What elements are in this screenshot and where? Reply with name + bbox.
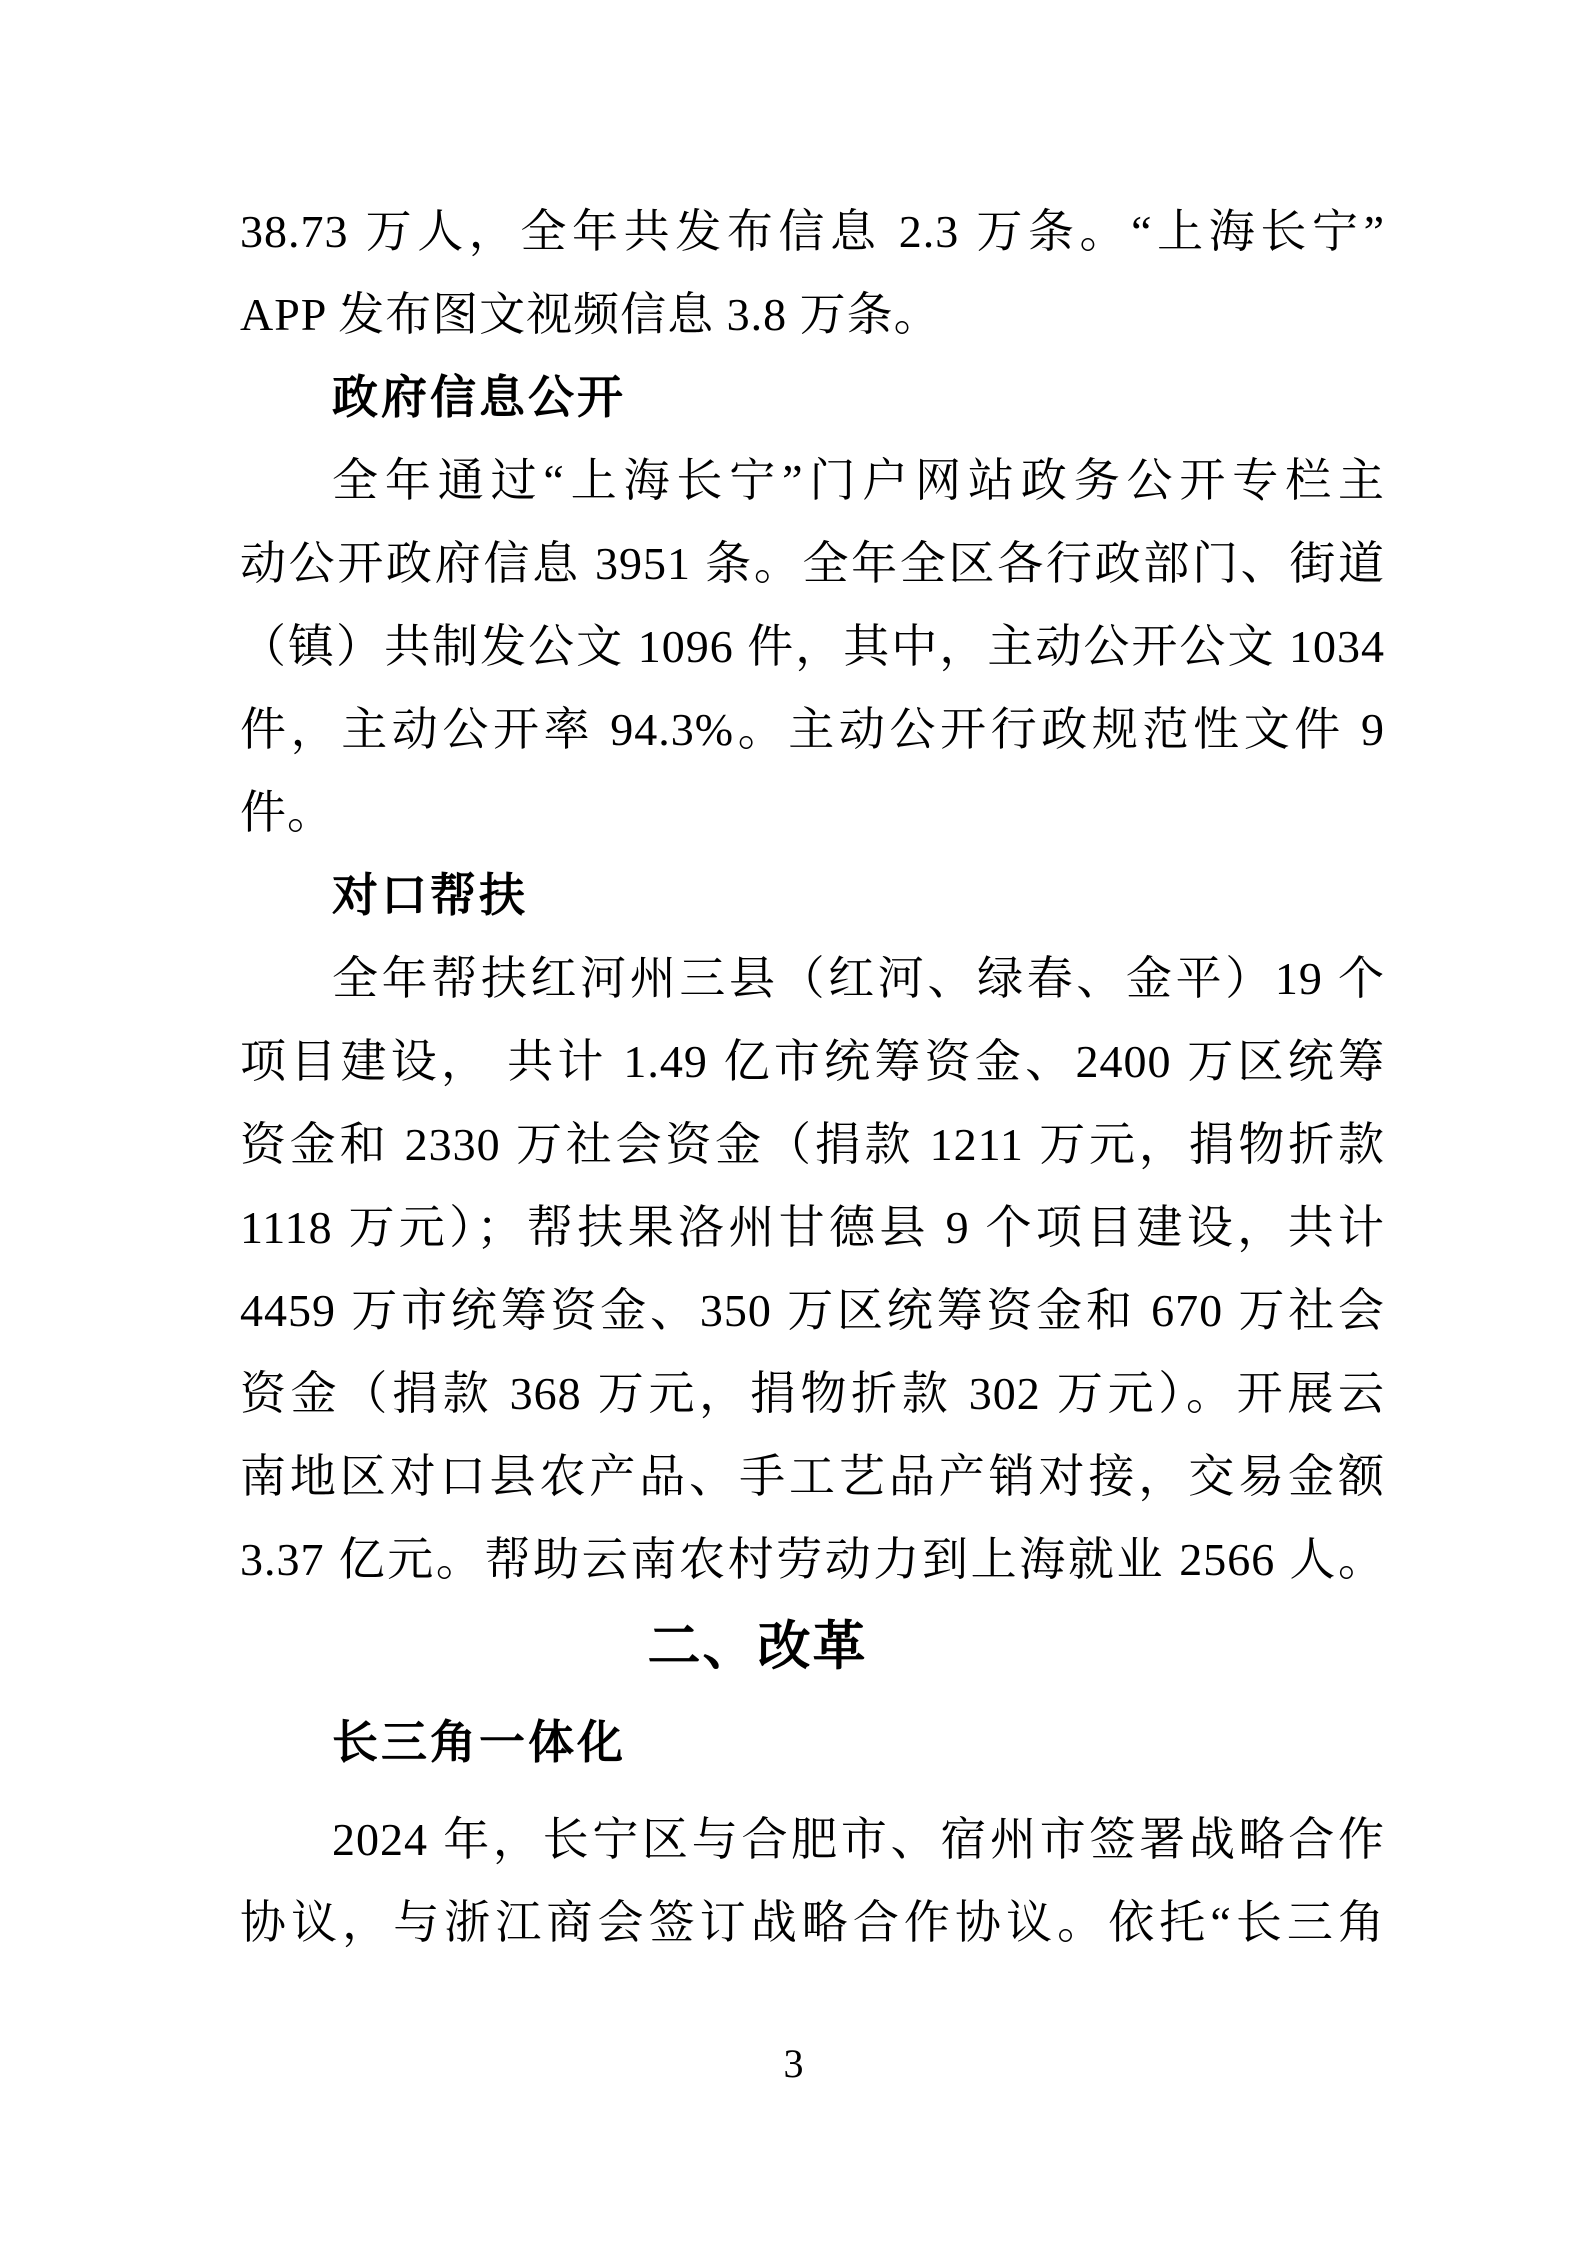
body-line: 南地区对口县农产品、手工艺品产销对接，交易金额	[240, 1435, 1385, 1518]
body-line: 1118 万元）；帮扶果洛州甘德县 9 个项目建设，共计	[240, 1186, 1385, 1269]
document-body: 38.73 万人，全年共发布信息 2.3 万条。“上海长宁” APP 发布图文视…	[0, 0, 1587, 1964]
section-heading-reform: 二、改革	[185, 1601, 1330, 1693]
subsection-heading-yangtze-delta: 长三角一体化	[240, 1701, 1385, 1784]
document-page: 38.73 万人，全年共发布信息 2.3 万条。“上海长宁” APP 发布图文视…	[0, 0, 1587, 2245]
page-number: 3	[0, 2040, 1587, 2088]
body-line: 资金和 2330 万社会资金（捐款 1211 万元，捐物折款	[240, 1103, 1385, 1186]
subsection-heading-gov-info: 政府信息公开	[240, 356, 1385, 439]
body-line: 2024 年，长宁区与合肥市、宿州市签署战略合作	[240, 1798, 1385, 1881]
subsection-heading-paired-assistance: 对口帮扶	[240, 854, 1385, 937]
body-line: （镇）共制发公文 1096 件，其中，主动公开公文 1034	[240, 605, 1385, 688]
body-line: 项目建设， 共计 1.49 亿市统筹资金、2400 万区统筹	[240, 1020, 1385, 1103]
body-line: 协议，与浙江商会签订战略合作协议。依托“长三角	[240, 1881, 1385, 1964]
body-line: 资金（捐款 368 万元，捐物折款 302 万元）。开展云	[240, 1352, 1385, 1435]
body-line: 全年通过“上海长宁”门户网站政务公开专栏主	[240, 439, 1385, 522]
body-line: 全年帮扶红河州三县（红河、绿春、金平）19 个	[240, 937, 1385, 1020]
body-line: 动公开政府信息 3951 条。全年全区各行政部门、街道	[240, 522, 1385, 605]
body-line: 3.37 亿元。帮助云南农村劳动力到上海就业 2566 人。	[240, 1518, 1385, 1601]
body-line: 4459 万市统筹资金、350 万区统筹资金和 670 万社会	[240, 1269, 1385, 1352]
body-line: 件。	[240, 771, 1385, 854]
body-line: APP 发布图文视频信息 3.8 万条。	[240, 273, 1385, 356]
body-line: 件，主动公开率 94.3%。主动公开行政规范性文件 9	[240, 688, 1385, 771]
body-line: 38.73 万人，全年共发布信息 2.3 万条。“上海长宁”	[240, 190, 1385, 273]
